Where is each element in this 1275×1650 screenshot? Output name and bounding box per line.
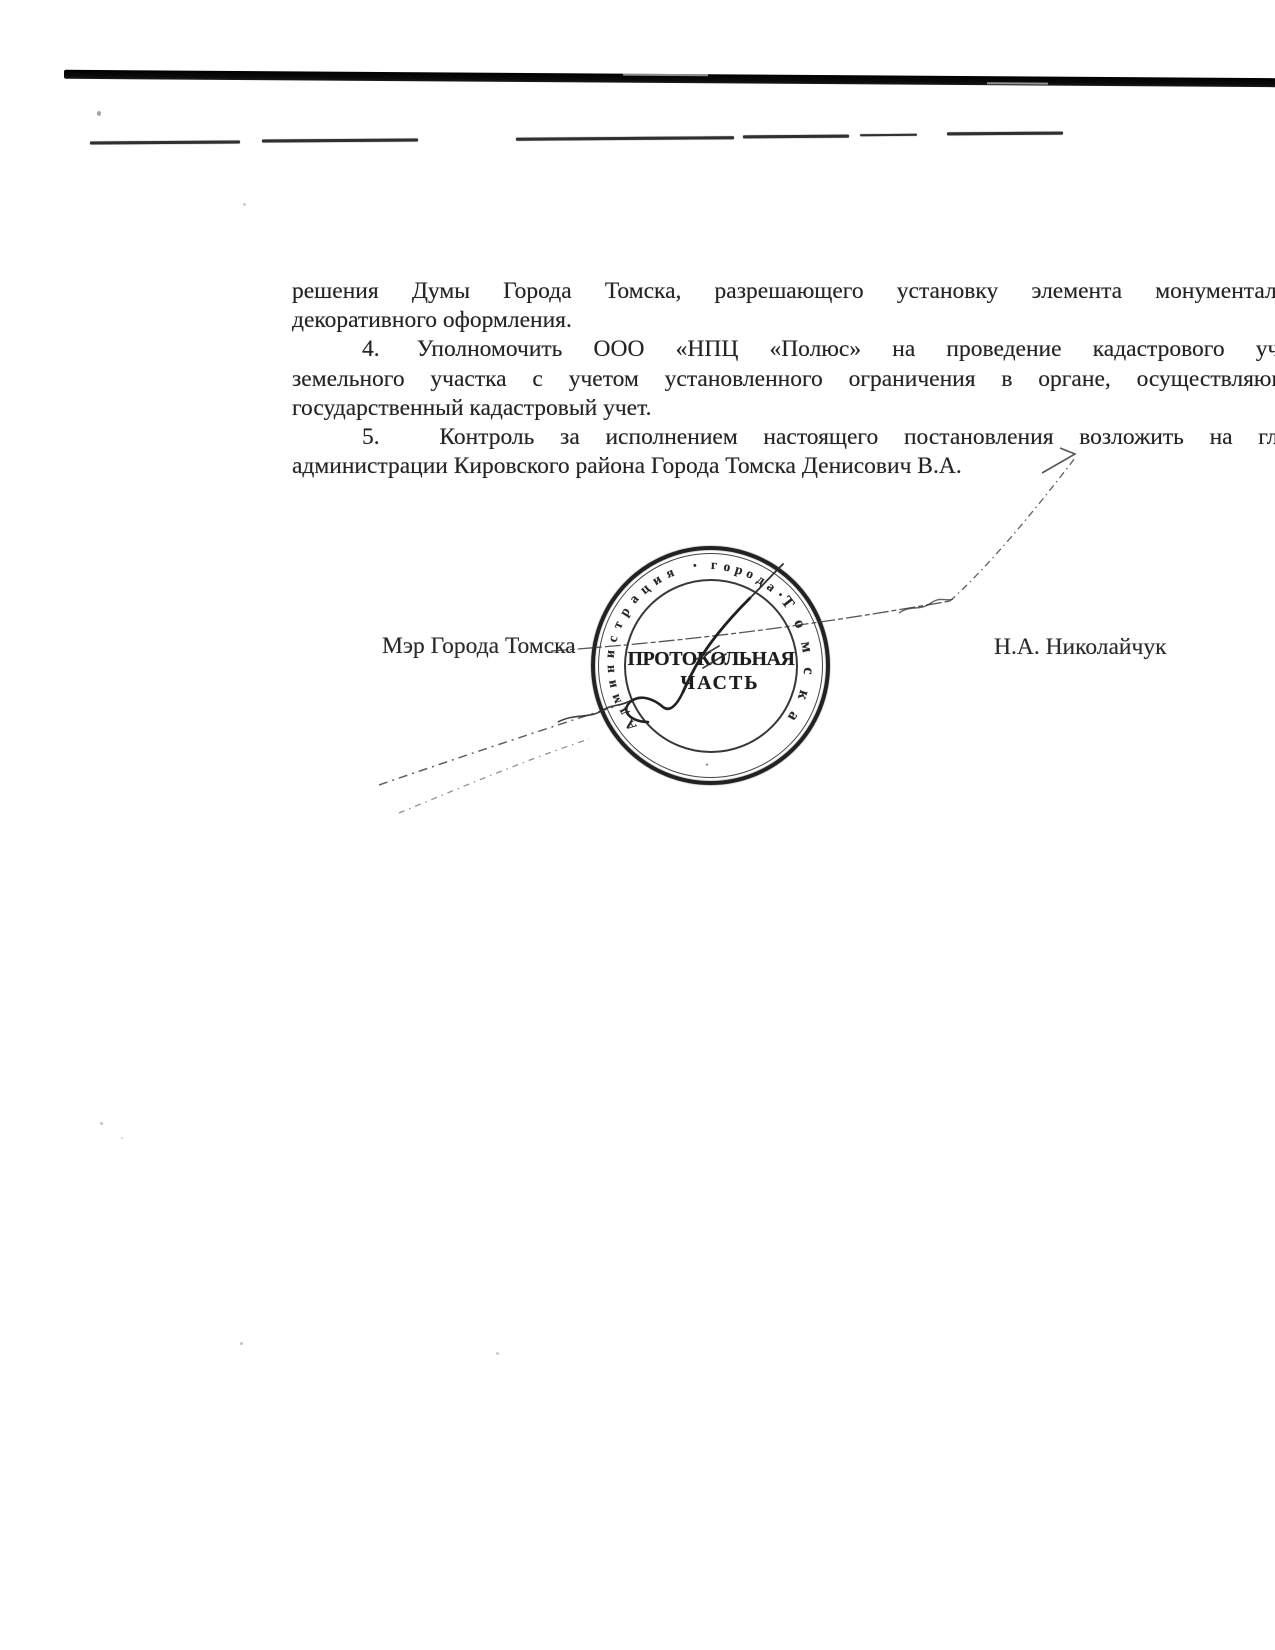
stamp-center-line2: ЧАСТЬ bbox=[680, 672, 759, 695]
scan-dash bbox=[947, 132, 1063, 135]
document-line: декоративного оформления. bbox=[292, 306, 1275, 335]
document-text: решения Думы Города Томска, разрешающего… bbox=[292, 277, 1275, 481]
signature-stroke-tail2 bbox=[399, 739, 589, 813]
signature-stroke-zigzag bbox=[899, 599, 953, 613]
scan-speck bbox=[496, 1352, 499, 1355]
scan-speck bbox=[97, 111, 101, 116]
scan-dash bbox=[743, 135, 849, 138]
round-stamp: ПРОТОКОЛЬНАЯ ЧАСТЬ АдминистрациягородаТо… bbox=[591, 546, 831, 786]
scan-top-rule-gap bbox=[623, 74, 708, 77]
scan-top-rule-gap bbox=[987, 82, 1048, 84]
scan-top-rule bbox=[64, 70, 1275, 87]
list-number: 4. bbox=[362, 336, 380, 362]
scan-speck bbox=[121, 1137, 123, 1139]
signatory-name: Н.А. Николайчук bbox=[994, 634, 1167, 661]
scan-speck bbox=[240, 1342, 243, 1345]
stamp-center-line1: ПРОТОКОЛЬНАЯ bbox=[628, 648, 795, 671]
stamp-center-text: ПРОТОКОЛЬНАЯ ЧАСТЬ bbox=[591, 648, 831, 695]
list-number: 5. bbox=[362, 424, 380, 450]
scan-dash bbox=[262, 138, 418, 142]
scan-dash bbox=[860, 134, 917, 136]
stamp-arc-letter: г bbox=[711, 557, 718, 573]
scan-dash bbox=[90, 140, 240, 144]
scanned-document-page: { "doc": { "lines": [ {"text": "решения … bbox=[0, 0, 1275, 1650]
scan-speck bbox=[243, 203, 246, 206]
scan-dash bbox=[516, 136, 734, 140]
document-line: решения Думы Города Томска, разрешающего… bbox=[292, 277, 1275, 306]
tab-spacer bbox=[380, 443, 414, 444]
document-line: земельного участка с учетом установленно… bbox=[292, 365, 1275, 394]
document-line: государственный кадастровый учет. bbox=[292, 394, 1275, 423]
document-line: 4. Уполномочить ООО «НПЦ «Полюс» на пров… bbox=[292, 335, 1275, 364]
signature-strokes bbox=[0, 0, 1275, 1650]
document-line: администрации Кировского района Города Т… bbox=[292, 452, 1275, 481]
tab-spacer bbox=[380, 355, 386, 356]
signature-role-label: Мэр Города Томска bbox=[382, 633, 576, 660]
stamp-arc-letter: · bbox=[705, 755, 710, 771]
scan-speck bbox=[100, 1122, 103, 1125]
document-line: 5. Контроль за исполнением настоящего по… bbox=[292, 423, 1275, 452]
